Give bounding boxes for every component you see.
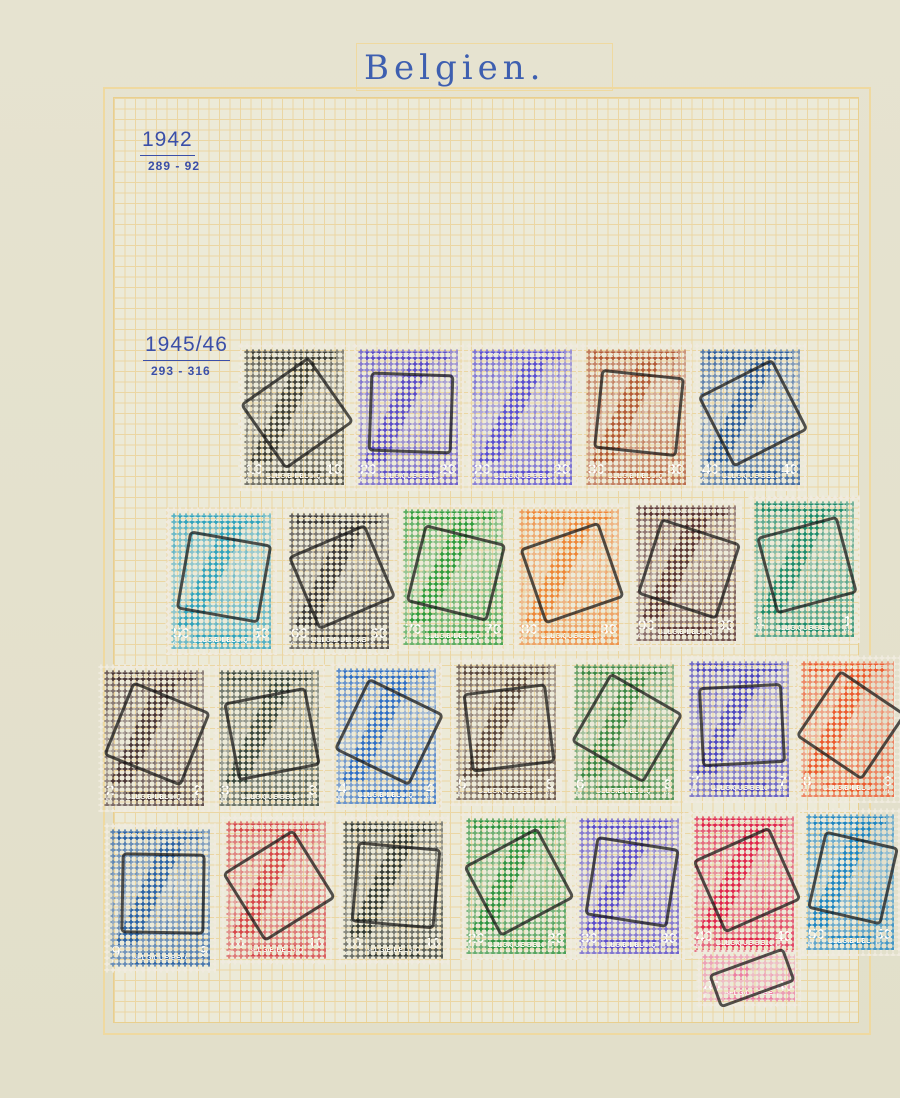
stamp-header: CHEMINS DE FER-SPOORWEGEN bbox=[527, 512, 611, 520]
stamp-value-right: 40c bbox=[781, 462, 798, 483]
postmark-cancel bbox=[175, 530, 272, 623]
stamp-country-band: BELGIQUE-BELGIE bbox=[241, 792, 297, 803]
stamp-header: SPOORWEGEN-CHEMINS DE FER bbox=[594, 352, 678, 360]
section-year: 1942 bbox=[140, 128, 195, 156]
postmark-cancel bbox=[462, 683, 556, 773]
stamp-value-left: 1Fr bbox=[756, 614, 764, 635]
section-catalog-range: 289 - 92 bbox=[140, 159, 200, 173]
stamp-value-right: 8Fr bbox=[884, 774, 892, 795]
stamp-value-left: 30Fr bbox=[581, 931, 598, 952]
stamp-country-band: BELGIE-BELGIQUE bbox=[608, 471, 664, 482]
stamp-header: CHEMINS DE FER-SPOORWEGEN bbox=[697, 664, 781, 672]
stamp-header: CHEMINS DE FER-SPOORWEGEN bbox=[297, 516, 381, 524]
stamp-country-band: BELGIE-BELGIQUE bbox=[828, 936, 872, 947]
stamp-value-right: 3Fr bbox=[309, 783, 317, 804]
stamp-header: SPOORWEGEN-CHEMINS DE FER bbox=[644, 508, 728, 516]
stamp-header: SPOORWEGEN-CHEMINS DE FER bbox=[814, 817, 886, 825]
stamp-country-band: BELGIE-BELGIQUE bbox=[248, 945, 304, 956]
stamp-country-band: BELGIE-BELGIQUE bbox=[193, 635, 249, 646]
stamp-value-right: 80c bbox=[600, 622, 617, 643]
stamp-value-left: 2Fr bbox=[106, 783, 114, 804]
stamp-header: SPOORWEGEN-CHEMINS DE FER bbox=[809, 664, 886, 672]
stamp-value-left: 50Fr bbox=[808, 927, 825, 948]
stamp-value-left: 30c bbox=[588, 462, 605, 483]
section-year: 1945/46 bbox=[143, 333, 230, 361]
postmark-cancel bbox=[584, 835, 680, 927]
stamp: CHEMINS DE FER-SPOORWEGEN20c20cBELGIQUE-… bbox=[466, 343, 578, 491]
stamp-header: SPOORWEGEN-CHEMINS DE FER bbox=[112, 673, 196, 681]
stamp-value-right: 60c bbox=[370, 626, 387, 647]
stamp-country-band: BELGIQUE-BELGIE bbox=[132, 953, 188, 964]
stamp-value-right: 50Fr bbox=[875, 927, 892, 948]
stamp-country-band: BELGIE-BELGIQUE bbox=[425, 631, 481, 642]
stamp-value-left: 3Fr bbox=[221, 783, 229, 804]
stamp-header: SPOORWEGEN-CHEMINS DE FER bbox=[179, 516, 263, 524]
album-page: Belgien. 1942 289 - 92 1945/46 293 - 316… bbox=[0, 0, 900, 1098]
stamp-value-left: 10Fr bbox=[228, 936, 245, 957]
stamp-value-right: 2Fr bbox=[194, 783, 202, 804]
stamp-value-right: 30Fr bbox=[660, 931, 677, 952]
postmark-cancel bbox=[223, 686, 321, 781]
stamp-header: CHEMINS DE FER-SPOORWEGEN bbox=[464, 667, 548, 675]
stamp-value-right: 20c bbox=[439, 462, 456, 483]
stamp-value-right: 40Fr bbox=[775, 929, 792, 950]
stamp-header: SPOORWEGEN-CHEMINS DE FER bbox=[411, 512, 495, 520]
stamp-value-left: 6Fr bbox=[576, 777, 584, 798]
stamp-value-right: 5Fr bbox=[546, 777, 554, 798]
stamp-country-band: BELGIQUE-BELGIE bbox=[478, 786, 534, 797]
stamp-header: SPOORWEGEN-CHEMINS DE FER bbox=[351, 824, 435, 832]
stamp-country-band: BELGIE-BELGIQUE bbox=[601, 940, 657, 951]
stamp-value-left: 40Fr bbox=[696, 929, 713, 950]
stamp-header: CHEMINS DE FER-SPOORWEGEN bbox=[480, 352, 564, 360]
section-1942-label: 1942 289 - 92 bbox=[140, 128, 200, 173]
stamp-value-right: 10c bbox=[325, 462, 342, 483]
page-title: Belgien. bbox=[364, 48, 545, 88]
stamp-header: SPOORWEGEN-CHEMINS DE FER bbox=[252, 352, 336, 360]
stamp-value-left: 40c bbox=[702, 462, 719, 483]
stamp-country-band: BELGIQUE-BELGIE bbox=[380, 471, 436, 482]
stamp-value-left: 9Fr bbox=[112, 944, 120, 965]
stamp-value-right: 4Fr bbox=[426, 781, 434, 802]
stamp-header: CHEMINS DE FER-SPOORWEGEN bbox=[366, 352, 450, 360]
stamp-header: CHEMINS DE FER-SPOORWEGEN bbox=[708, 352, 792, 360]
stamp-country-band: BELGIE-BELGIQUE bbox=[126, 792, 182, 803]
stamp-value-right: 9Fr bbox=[200, 944, 208, 965]
stamp-value-right: 10c bbox=[424, 936, 441, 957]
stamp-header: CHEMINS DE FER-SPOORWEGEN bbox=[702, 819, 786, 827]
section-1945-46-label: 1945/46 293 - 316 bbox=[143, 333, 230, 378]
stamp-header: CHEMINS DE FER-SPOORWEGEN bbox=[762, 504, 846, 512]
stamp-value-left: 7Fr bbox=[691, 774, 699, 795]
stamp-value-right: 6Fr bbox=[664, 777, 672, 798]
stamp-header: CHEMINS DE FER-SPOORWEGEN bbox=[474, 821, 558, 829]
postmark-cancel bbox=[698, 682, 786, 766]
stamp-motif bbox=[472, 361, 572, 463]
stamp-header: SPOORWEGEN-CHEMINS DE FER bbox=[582, 667, 666, 675]
stamp-country-band: BELGIQUE-BELGIE bbox=[488, 940, 544, 951]
stamp-country-band: BELGIQUE-BELGIE bbox=[494, 471, 550, 482]
stamp-header: SPOORWEGEN-CHEMINS DE FER bbox=[234, 824, 318, 832]
stamp-value-right: 90c bbox=[717, 618, 734, 639]
stamp-value-left: 20c bbox=[474, 462, 491, 483]
stamp-value-left: 10c bbox=[345, 936, 362, 957]
stamp-country-band: BELGIQUE-BELGIE bbox=[722, 471, 778, 482]
stamp-country-band: BELGIE-BELGIQUE bbox=[596, 786, 652, 797]
stamp-header: SPOORWEGEN-CHEMINS DE FER bbox=[587, 821, 671, 829]
stamp-country-band: BELGIE-BELGIQUE bbox=[658, 627, 714, 638]
stamp-value-left: 8Fr bbox=[803, 774, 811, 795]
postmark-cancel bbox=[350, 841, 441, 929]
stamp-header: CHEMINS DE FER-SPOORWEGEN bbox=[227, 673, 311, 681]
stamp-country-band: BELGIE-BELGIQUE bbox=[823, 783, 872, 794]
stamp-value-right: 10Fr bbox=[307, 936, 324, 957]
stamp-country-band: BELGIE-BELGIQUE bbox=[365, 945, 421, 956]
stamp-value-right: 7Fr bbox=[779, 774, 787, 795]
stamp-value-left: 4Fr bbox=[338, 781, 346, 802]
stamp-value-left: 20c bbox=[360, 462, 377, 483]
stamp-country-band: BELGIE-BELGIQUE bbox=[358, 790, 414, 801]
stamp-country-band: BELGIE-BELGIQUE bbox=[266, 471, 322, 482]
stamp-value-right: 20c bbox=[553, 462, 570, 483]
stamp-value-left: 5Fr bbox=[458, 777, 466, 798]
stamp-value-left: 50c bbox=[173, 626, 190, 647]
stamp-value-left: 80c bbox=[521, 622, 538, 643]
stamp-value-left: 90c bbox=[638, 618, 655, 639]
stamp-country-band: BELGIQUE-BELGIE bbox=[711, 783, 767, 794]
stamp-value-right: 50c bbox=[252, 626, 269, 647]
section-catalog-range: 293 - 316 bbox=[143, 364, 230, 378]
stamp-design: CHEMINS DE FER-SPOORWEGEN20c20cBELGIQUE-… bbox=[472, 349, 572, 485]
postmark-cancel bbox=[367, 371, 454, 454]
postmark-cancel bbox=[593, 368, 685, 456]
stamp-header: SPOORWEGEN-CHEMINS DE FER bbox=[344, 671, 428, 679]
stamp-header: CHEMINS DE FER-SPOORWEGEN bbox=[118, 832, 202, 840]
postmark-cancel bbox=[120, 852, 206, 934]
stamp-country-band: BELGIQUE-BELGIE bbox=[541, 631, 597, 642]
stamp-country-band: BELGIE-BELGIE bbox=[311, 635, 367, 646]
stamp-value-right: 70c bbox=[484, 622, 501, 643]
stamp-value-left: 60c bbox=[291, 626, 308, 647]
stamp-value-right: 30c bbox=[667, 462, 684, 483]
stamp-value-left: 70c bbox=[405, 622, 422, 643]
stamp-value-right: 1Fr bbox=[844, 614, 852, 635]
stamp-value-right: 20Fr bbox=[547, 931, 564, 952]
stamp-country-band: BELGIQUE-BELGIE bbox=[776, 623, 832, 634]
stamp-value-left: 10c bbox=[246, 462, 263, 483]
stamp-value-left: 20Fr bbox=[468, 931, 485, 952]
